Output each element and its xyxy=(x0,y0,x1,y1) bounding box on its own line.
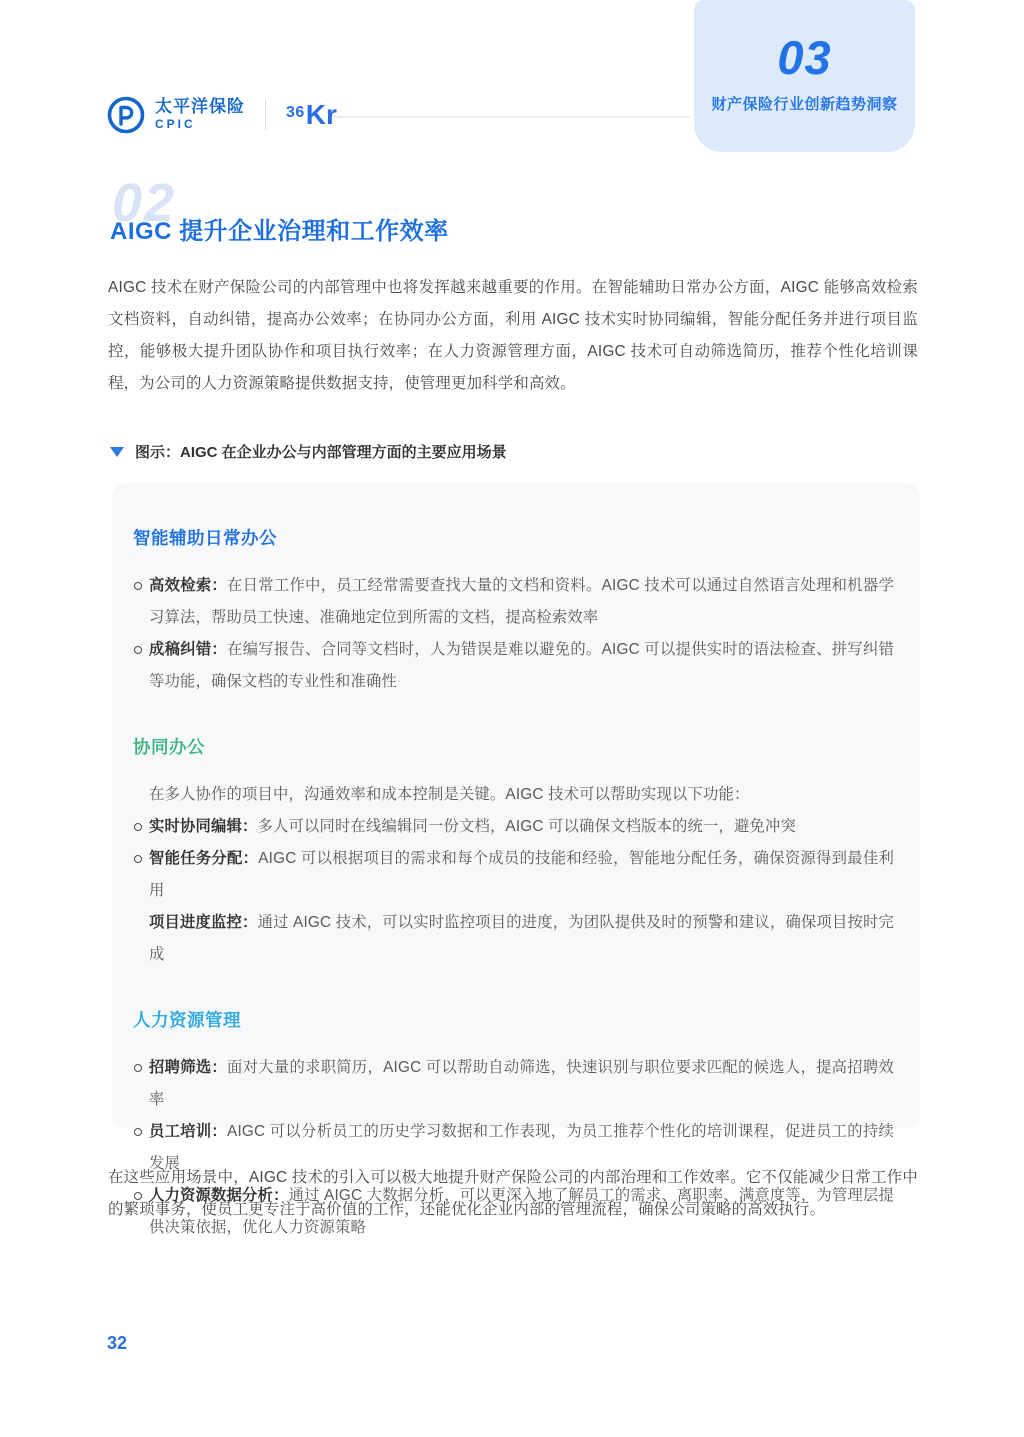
item-body: 通过 AIGC 技术，可以实时监控项目的进度，为团队提供及时的预警和建议，确保项… xyxy=(149,914,894,963)
bullet-circle-icon xyxy=(134,823,142,831)
list-item: 智能任务分配：AIGC 可以根据项目的需求和每个成员的技能和经验，智能地分配任务… xyxy=(133,843,894,907)
cpic-abbr: CPIC xyxy=(155,117,245,131)
item-text: 实时协同编辑：多人可以同时在线编辑同一份文档，AIGC 可以确保文档版本的统一，… xyxy=(149,811,894,843)
page-number: 32 xyxy=(107,1333,127,1354)
section-title: 智能辅助日常办公 xyxy=(133,525,894,550)
brand-divider xyxy=(265,100,266,130)
intro-paragraph: AIGC 技术在财产保险公司的内部管理中也将发挥越来越重要的作用。在智能辅助日常… xyxy=(108,272,918,400)
chapter-tab: 03 财产保险行业创新趋势洞察 xyxy=(694,0,915,152)
figure-caption: 图示：AIGC 在企业办公与内部管理方面的主要应用场景 xyxy=(110,441,507,462)
cpic-name: 太平洋保险 xyxy=(155,98,245,117)
scenario-card: 智能辅助日常办公 高效检索：在日常工作中，员工经常需要查找大量的文档和资料。AI… xyxy=(112,483,920,1128)
section-intro: 在多人协作的项目中，沟通效率和成本控制是关键。AIGC 技术可以帮助实现以下功能… xyxy=(149,779,894,811)
item-body: 在编写报告、合同等文档时，人为错误是难以避免的。AIGC 可以提供实时的语法检查… xyxy=(149,641,894,690)
section-title: 人力资源管理 xyxy=(133,1007,894,1032)
item-text: 成稿纠错：在编写报告、合同等文档时，人为错误是难以避免的。AIGC 可以提供实时… xyxy=(149,634,894,698)
chapter-number: 03 xyxy=(694,34,915,81)
item-label: 智能任务分配： xyxy=(149,850,258,867)
brand-row: 太平洋保险 CPIC 36 Kr xyxy=(106,92,337,138)
bullet-circle-icon xyxy=(134,1064,142,1072)
item-body: AIGC 可以根据项目的需求和每个成员的技能和经验，智能地分配任务，确保资源得到… xyxy=(149,850,894,899)
item-label: 员工培训： xyxy=(149,1123,227,1140)
item-label: 高效检索： xyxy=(149,577,227,594)
item-text: 项目进度监控：通过 AIGC 技术，可以实时监控项目的进度，为团队提供及时的预警… xyxy=(149,907,894,971)
closing-paragraph: 在这些应用场景中，AIGC 技术的引入可以极大地提升财产保险公司的内部治理和工作… xyxy=(108,1162,918,1226)
cpic-logo-icon xyxy=(106,95,146,135)
bullet-circle-icon xyxy=(134,646,142,654)
cpic-wordmark: 太平洋保险 CPIC xyxy=(155,98,245,131)
kr36-letters: Kr xyxy=(306,101,337,129)
bullet-circle-icon xyxy=(134,582,142,590)
card-section-daily-office: 智能辅助日常办公 高效检索：在日常工作中，员工经常需要查找大量的文档和资料。AI… xyxy=(133,525,894,698)
header-rule xyxy=(334,116,690,118)
item-text: 智能任务分配：AIGC 可以根据项目的需求和每个成员的技能和经验，智能地分配任务… xyxy=(149,843,894,907)
triangle-down-icon xyxy=(110,447,124,457)
bullet-circle-icon xyxy=(134,855,142,863)
list-item: 高效检索：在日常工作中，员工经常需要查找大量的文档和资料。AIGC 技术可以通过… xyxy=(133,570,894,634)
item-body: 在日常工作中，员工经常需要查找大量的文档和资料。AIGC 技术可以通过自然语言处… xyxy=(149,577,894,626)
section-title: 协同办公 xyxy=(133,734,894,759)
page-title: AIGC 提升企业治理和工作效率 xyxy=(110,211,449,246)
item-text: 高效检索：在日常工作中，员工经常需要查找大量的文档和资料。AIGC 技术可以通过… xyxy=(149,570,894,634)
list-item: 实时协同编辑：多人可以同时在线编辑同一份文档，AIGC 可以确保文档版本的统一，… xyxy=(133,811,894,843)
card-section-collaboration: 协同办公 在多人协作的项目中，沟通效率和成本控制是关键。AIGC 技术可以帮助实… xyxy=(133,734,894,971)
item-text: 招聘筛选：面对大量的求职简历，AIGC 可以帮助自动筛选，快速识别与职位要求匹配… xyxy=(149,1052,894,1116)
kr36-number: 36 xyxy=(286,104,305,122)
list-item: 招聘筛选：面对大量的求职简历，AIGC 可以帮助自动筛选，快速识别与职位要求匹配… xyxy=(133,1052,894,1116)
list-item: 项目进度监控：通过 AIGC 技术，可以实时监控项目的进度，为团队提供及时的预警… xyxy=(133,907,894,971)
item-label: 项目进度监控： xyxy=(149,914,258,931)
chapter-title: 财产保险行业创新趋势洞察 xyxy=(694,93,915,114)
item-body: 多人可以同时在线编辑同一份文档，AIGC 可以确保文档版本的统一，避免冲突 xyxy=(257,818,796,835)
item-label: 实时协同编辑： xyxy=(149,818,257,835)
kr36-logo: 36 Kr xyxy=(286,101,337,129)
bullet-circle-icon xyxy=(134,1128,142,1136)
list-item: 成稿纠错：在编写报告、合同等文档时，人为错误是难以避免的。AIGC 可以提供实时… xyxy=(133,634,894,698)
item-body: 面对大量的求职简历，AIGC 可以帮助自动筛选，快速识别与职位要求匹配的候选人，… xyxy=(149,1059,894,1108)
item-label: 成稿纠错： xyxy=(149,641,227,658)
figure-caption-text: 图示：AIGC 在企业办公与内部管理方面的主要应用场景 xyxy=(135,441,507,462)
item-label: 招聘筛选： xyxy=(149,1059,227,1076)
